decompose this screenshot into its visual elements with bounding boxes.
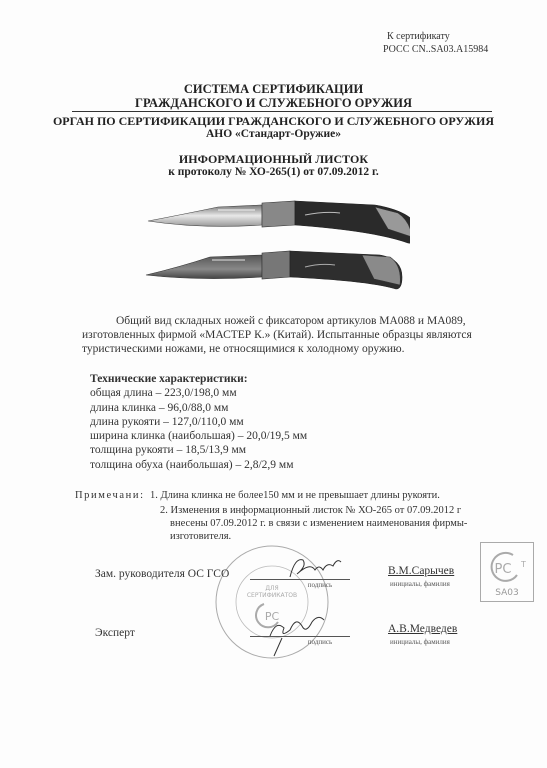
specs-title: Технические характеристики:: [90, 372, 307, 386]
spec-item: длина рукояти – 127,0/110,0 мм: [90, 415, 307, 429]
svg-text:PC: PC: [495, 562, 512, 577]
signatory-name: А.В.Медведев: [388, 623, 457, 635]
signature-mark-icon: [262, 608, 332, 663]
spec-item: толщина обуха (наибольшая) – 2,8/2,9 мм: [90, 458, 307, 472]
svg-text:T: T: [520, 560, 526, 569]
signature-caption: подпись: [270, 638, 370, 646]
svg-text:СЕРТИФИКАТОВ: СЕРТИФИКАТОВ: [247, 592, 297, 599]
description-line3: туристическими ножами, не относящимися к…: [82, 342, 482, 356]
system-title-line1: СИСТЕМА СЕРТИФИКАЦИИ: [0, 82, 547, 97]
certificate-reference: К сертификату РОСС CN..SA03.A15984: [383, 30, 488, 56]
spec-item: общая длина – 223,0/198,0 мм: [90, 386, 307, 400]
spec-item: длина клинка – 96,0/88,0 мм: [90, 401, 307, 415]
note-2-line2: внесены 07.09.2012 г. в связи с изменени…: [160, 517, 490, 530]
note-1: 1. Длина клинка не более150 мм и не прев…: [150, 490, 440, 501]
description-line2: изготовленных фирмой «МАСТЕР К.» (Китай)…: [82, 328, 482, 342]
cert-ref-number: РОСС CN..SA03.A15984: [383, 43, 488, 56]
header-divider: [72, 111, 492, 112]
pct-conformity-mark-icon: PC T SA03: [480, 542, 534, 602]
name-caption: инициалы, фамилия: [390, 638, 450, 646]
technical-specs: Технические характеристики: общая длина …: [90, 372, 307, 472]
spec-item: ширина клинка (наибольшая) – 20,0/19,5 м…: [90, 429, 307, 443]
signature-caption: подпись: [270, 581, 370, 589]
notes-label: Примечани:: [75, 490, 145, 501]
document-title: ИНФОРМАЦИОННЫЙ ЛИСТОК: [0, 152, 547, 167]
signatory-name: В.М.Сарычев: [388, 565, 454, 577]
description-paragraph: Общий вид складных ножей с фиксатором ар…: [82, 314, 482, 356]
organ-title-line1: ОРГАН ПО СЕРТИФИКАЦИИ ГРАЖДАНСКОГО И СЛУ…: [0, 114, 547, 129]
cert-ref-label: К сертификату: [383, 30, 488, 43]
signatory-role-expert: Эксперт: [95, 627, 135, 639]
mark-code: SA03: [481, 588, 533, 598]
knives-photo-icon: [140, 185, 410, 300]
system-title-line2: ГРАЖДАНСКОГО И СЛУЖЕБНОГО ОРУЖИЯ: [0, 96, 547, 111]
document-subtitle: к протоколу № ХО-265(1) от 07.09.2012 г.: [0, 166, 547, 178]
organ-title-line2: АНО «Стандарт-Оружие»: [0, 128, 547, 140]
description-line1: Общий вид складных ножей с фиксатором ар…: [82, 314, 482, 328]
spec-item: толщина рукояти – 18,5/13,9 мм: [90, 443, 307, 457]
note-2: 2. Изменения в информационный листок № Х…: [160, 504, 490, 543]
name-caption: инициалы, фамилия: [390, 580, 450, 588]
signatory-role-deputy-head: Зам. руководителя ОС ГСО: [95, 568, 229, 580]
note-2-line1: 2. Изменения в информационный листок № Х…: [160, 505, 461, 516]
